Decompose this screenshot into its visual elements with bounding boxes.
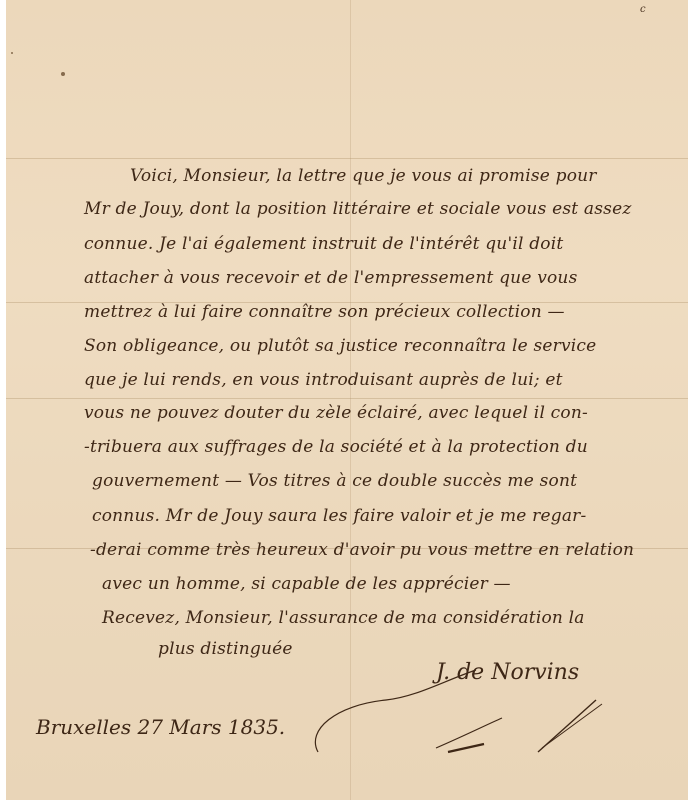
signature-flourish xyxy=(6,0,688,800)
letter-paper: c Voici, Monsieur, la lettre que je vous… xyxy=(6,0,688,800)
